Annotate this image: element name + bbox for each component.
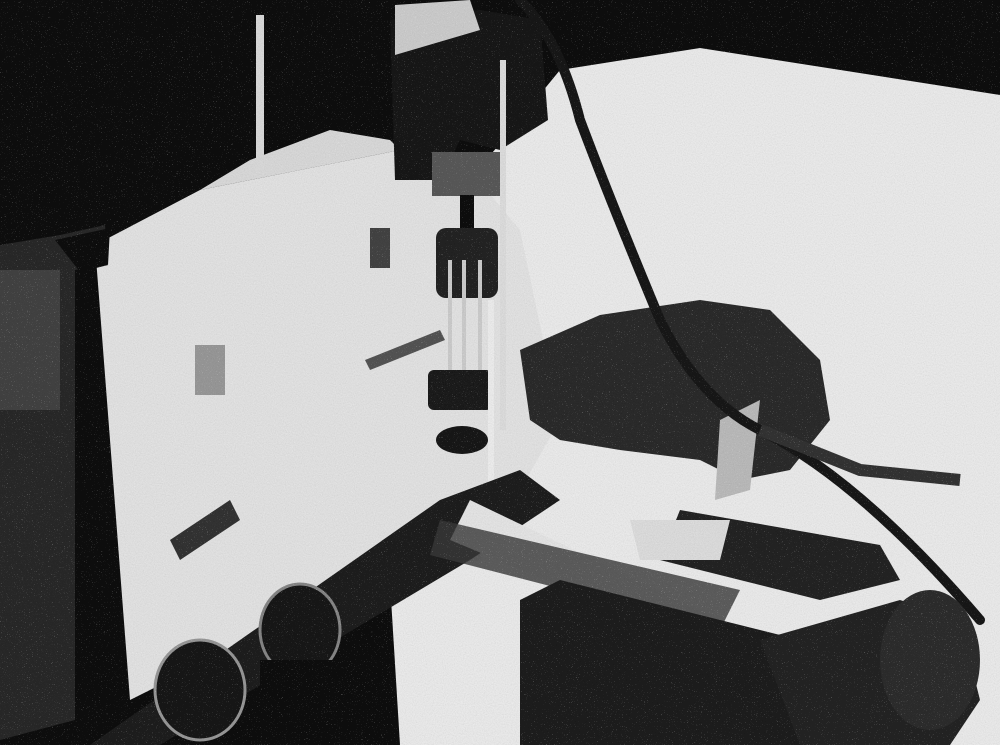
lab-apparatus-photo — [0, 0, 1000, 745]
